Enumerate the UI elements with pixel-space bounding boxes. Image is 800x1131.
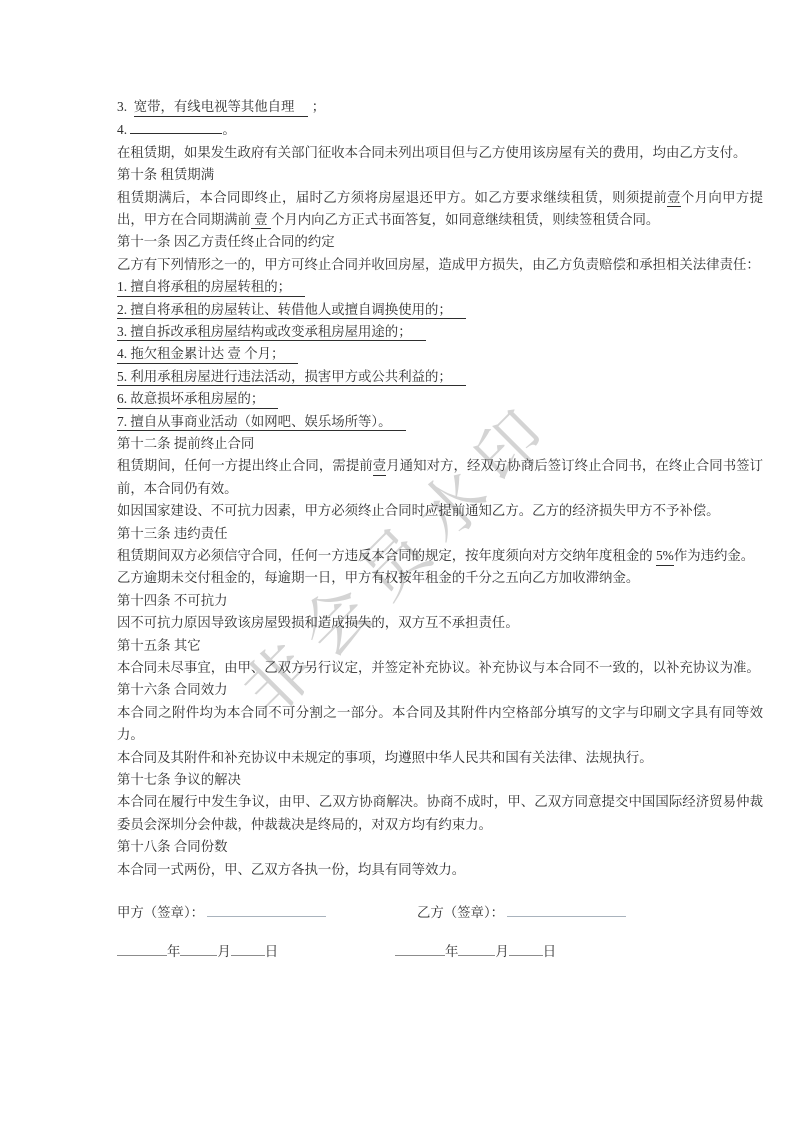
text-segment: 个月内向乙方正式书面答复，如同意继续租赁，则续签租赁合同。 <box>271 212 659 227</box>
text-segment: 租赁期满后，本合同即终止，届时乙方须将房屋退还甲方。如乙方要求继续租赁，则须提前 <box>117 190 667 205</box>
clause-item: 3. 擅自拆改承租房屋结构或改变承租房屋用途的； <box>117 321 763 343</box>
underlined-text: 1. 擅自将承租的房屋转租的； <box>117 279 305 297</box>
party-a-signature-label: 甲方（签章）： <box>117 905 204 920</box>
underlined-text: 壹 <box>251 212 271 230</box>
text-segment: 本合同一式两份，甲、乙双方各执一份，均具有同等效力。 <box>117 862 465 877</box>
text-segment: 本合同未尽事宜，由甲、乙双方另行议定，并签定补充协议。补充协议与本合同不一致的，… <box>117 660 760 675</box>
article-heading: 第十八条 合同份数 <box>117 836 763 858</box>
article-heading: 第十四条 不可抗力 <box>117 590 763 612</box>
party-a-date: 年月日 <box>117 941 395 963</box>
contract-page: 非会员水印 3. 宽带，有线电视等其他自理 ；4. 。在租赁期，如果发生政府有关… <box>0 0 800 1131</box>
contract-paragraph: 乙方逾期未交付租金的，每逾期一日，甲方有权按年租金的千分之五向乙方加收滞纳金。 <box>117 567 763 589</box>
clause-item: 2. 擅自将承租的房屋转让、转借他人或擅自调换使用的； <box>117 299 763 321</box>
text-segment: 乙方逾期未交付租金的，每逾期一日，甲方有权按年租金的千分之五向乙方加收滞纳金。 <box>117 570 639 585</box>
underlined-text: 2. 擅自将承租的房屋转让、转借他人或擅自调换使用的； <box>117 302 466 320</box>
month-label: 月 <box>495 944 508 959</box>
contract-body: 3. 宽带，有线电视等其他自理 ；4. 。在租赁期，如果发生政府有关部门征收本合… <box>117 96 763 881</box>
text-segment: 第十四条 不可抗力 <box>117 593 227 608</box>
day-blank <box>509 941 543 955</box>
text-segment: 本合同在履行中发生争议，由甲、乙双方协商解决。协商不成时，甲、乙双方同意提交中国… <box>117 794 763 831</box>
article-heading: 第十二条 提前终止合同 <box>117 433 763 455</box>
article-heading: 第十三条 违约责任 <box>117 523 763 545</box>
party-b-signature-label: 乙方（签章）： <box>417 905 504 920</box>
article-heading: 第十五条 其它 <box>117 635 763 657</box>
article-heading: 第十七条 争议的解决 <box>117 769 763 791</box>
party-a-signature-line <box>207 903 326 917</box>
day-label: 日 <box>543 944 556 959</box>
contract-paragraph: 本合同在履行中发生争议，由甲、乙双方协商解决。协商不成时，甲、乙双方同意提交中国… <box>117 791 763 836</box>
text-segment: ； <box>308 99 325 114</box>
text-segment: 作为违约金。 <box>674 548 754 563</box>
article-heading: 第十六条 合同效力 <box>117 679 763 701</box>
clause-item: 7. 擅自从事商业活动（如网吧、娱乐场所等）。 <box>117 411 763 433</box>
party-a-signature: 甲方（签章）： <box>117 902 417 924</box>
year-blank <box>395 941 445 955</box>
date-row: 年月日 年月日 <box>117 941 763 963</box>
party-b-signature: 乙方（签章）： <box>417 902 763 924</box>
contract-paragraph: 在租赁期，如果发生政府有关部门征收本合同未列出项目但与乙方使用该房屋有关的费用，… <box>117 142 763 164</box>
text-segment: 如因国家建设、不可抗力因素，甲方必须终止合同时应提前通知乙方。乙方的经济损失甲方… <box>117 503 720 518</box>
month-label: 月 <box>217 944 230 959</box>
contract-content: 3. 宽带，有线电视等其他自理 ；4. 。在租赁期，如果发生政府有关部门征收本合… <box>117 96 763 963</box>
underlined-text: 3. 擅自拆改承租房屋结构或改变承租房屋用途的； <box>117 324 426 342</box>
fill-in-blank <box>130 118 222 134</box>
contract-paragraph: 本合同未尽事宜，由甲、乙双方另行议定，并签定补充协议。补充协议与本合同不一致的，… <box>117 657 763 679</box>
contract-paragraph: 租赁期间双方必须信守合同，任何一方违反本合同的规定，按年度须向对方交纳年度租金的… <box>117 545 763 567</box>
contract-paragraph: 乙方有下列情形之一的，甲方可终止合同并收回房屋，造成甲方损失，由乙方负责赔偿和承… <box>117 254 763 276</box>
text-segment: 租赁期间，任何一方提出终止合同，需提前 <box>117 458 373 473</box>
text-segment: 。 <box>222 122 235 137</box>
year-label: 年 <box>445 944 458 959</box>
clause-item: 6. 故意损坏承租房屋的； <box>117 388 763 410</box>
party-b-date: 年月日 <box>395 941 763 963</box>
day-label: 日 <box>265 944 278 959</box>
text-segment: 本合同及其附件和补充协议中未规定的事项，均遵照中华人民共和国有关法律、法规执行。 <box>117 750 653 765</box>
signature-row: 甲方（签章）： 乙方（签章）： <box>117 902 763 924</box>
contract-paragraph: 本合同及其附件和补充协议中未规定的事项，均遵照中华人民共和国有关法律、法规执行。 <box>117 747 763 769</box>
clause-item: 5. 利用承租房屋进行违法活动，损害甲方或公共利益的； <box>117 366 763 388</box>
clause-item: 3. 宽带，有线电视等其他自理 ； <box>117 96 763 118</box>
contract-paragraph: 本合同一式两份，甲、乙双方各执一份，均具有同等效力。 <box>117 859 763 881</box>
month-blank <box>458 941 495 955</box>
year-label: 年 <box>167 944 180 959</box>
text-segment: 第十条 租赁期满 <box>117 167 214 182</box>
text-segment: 第十七条 争议的解决 <box>117 772 241 787</box>
contract-paragraph: 因不可抗力原因导致该房屋毁损和造成损失的，双方互不承担责任。 <box>117 612 763 634</box>
text-segment: 第十一条 因乙方责任终止合同的约定 <box>117 234 335 249</box>
clause-item: 4. 拖欠租金累计达 壹 个月； <box>117 343 763 365</box>
underlined-text: 5% <box>656 548 674 566</box>
underlined-text: 5. 利用承租房屋进行违法活动，损害甲方或公共利益的； <box>117 369 466 387</box>
party-b-signature-line <box>507 903 626 917</box>
text-segment: 本合同之附件均为本合同不可分割之一部分。本合同及其附件内空格部分填写的文字与印刷… <box>117 705 763 742</box>
text-segment: 第十五条 其它 <box>117 638 201 653</box>
article-heading: 第十一条 因乙方责任终止合同的约定 <box>117 231 763 253</box>
contract-paragraph: 本合同之附件均为本合同不可分割之一部分。本合同及其附件内空格部分填写的文字与印刷… <box>117 702 763 747</box>
underlined-text: 壹 <box>667 190 681 208</box>
text-segment: 因不可抗力原因导致该房屋毁损和造成损失的，双方互不承担责任。 <box>117 615 519 630</box>
underlined-text: 宽带，有线电视等其他自理 <box>134 99 309 117</box>
clause-item: 1. 擅自将承租的房屋转租的； <box>117 276 763 298</box>
underlined-text: 壹 <box>373 458 386 476</box>
text-segment: 租赁期间双方必须信守合同，任何一方违反本合同的规定，按年度须向对方交纳年度租金的 <box>117 548 656 563</box>
text-segment: 第十三条 违约责任 <box>117 526 227 541</box>
year-blank <box>117 941 167 955</box>
underlined-text: 4. 拖欠租金累计达 壹 个月； <box>117 346 298 364</box>
month-blank <box>180 941 217 955</box>
contract-paragraph: 租赁期间，任何一方提出终止合同，需提前壹月通知对方，经双方协商后签订终止合同书，… <box>117 455 763 500</box>
day-blank <box>231 941 265 955</box>
underlined-text: 7. 擅自从事商业活动（如网吧、娱乐场所等）。 <box>117 414 406 432</box>
text-segment: 第十二条 提前终止合同 <box>117 436 254 451</box>
text-segment: 3. <box>117 99 134 114</box>
text-segment: 乙方有下列情形之一的，甲方可终止合同并收回房屋，造成甲方损失，由乙方负责赔偿和承… <box>117 257 760 272</box>
contract-paragraph: 如因国家建设、不可抗力因素，甲方必须终止合同时应提前通知乙方。乙方的经济损失甲方… <box>117 500 763 522</box>
contract-paragraph: 租赁期满后，本合同即终止，届时乙方须将房屋退还甲方。如乙方要求继续租赁，则须提前… <box>117 187 763 232</box>
text-segment: 第十六条 合同效力 <box>117 682 227 697</box>
underlined-text: 6. 故意损坏承租房屋的； <box>117 391 278 409</box>
text-segment: 第十八条 合同份数 <box>117 839 227 854</box>
clause-item: 4. 。 <box>117 118 763 141</box>
text-segment: 4. <box>117 122 130 137</box>
text-segment: 在租赁期，如果发生政府有关部门征收本合同未列出项目但与乙方使用该房屋有关的费用，… <box>117 145 746 160</box>
article-heading: 第十条 租赁期满 <box>117 164 763 186</box>
